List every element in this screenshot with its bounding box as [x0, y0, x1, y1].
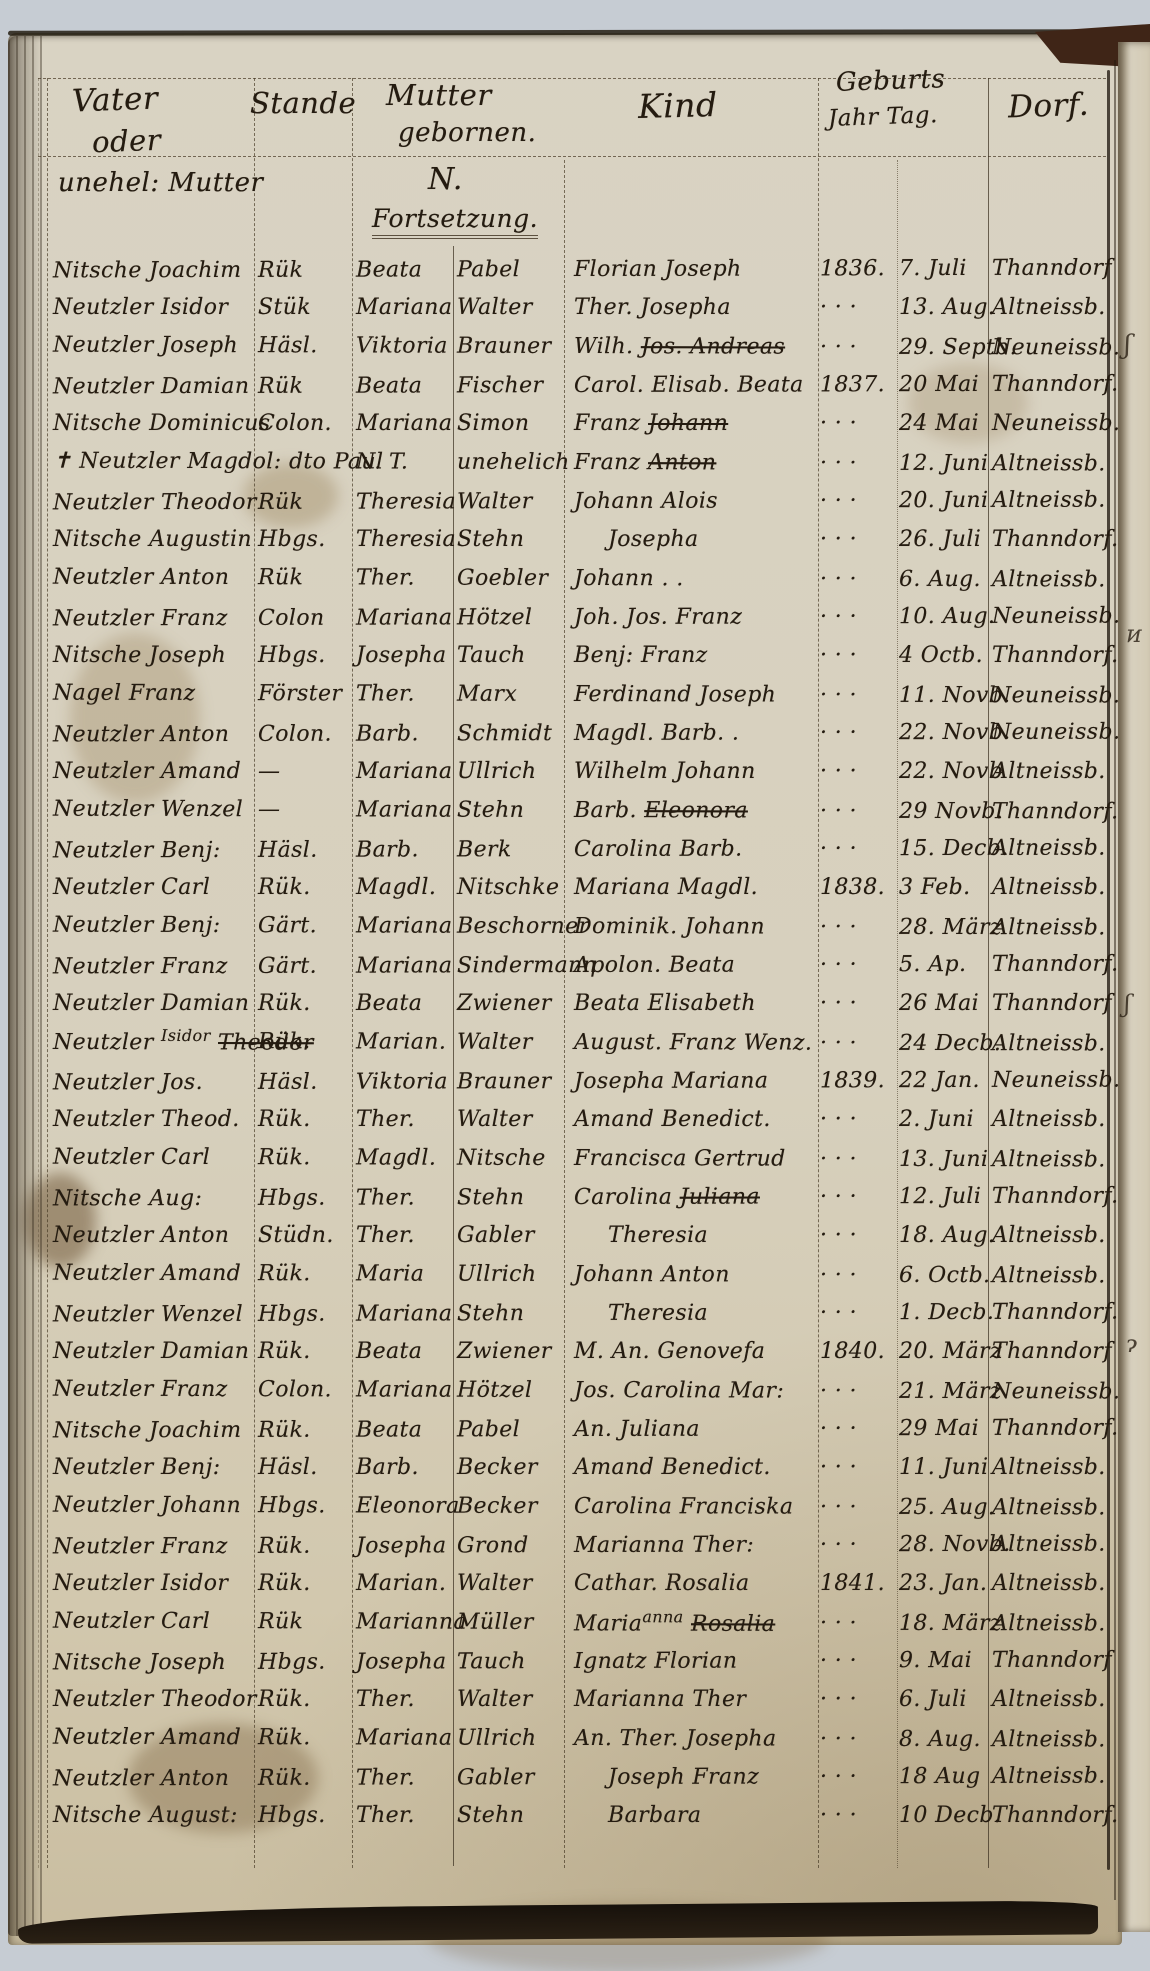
stand-cell: Colon	[254, 607, 352, 629]
mother-cell: Viktoria	[352, 335, 453, 357]
day-cell: 20. März	[897, 1341, 988, 1363]
year-cell: · · ·	[818, 684, 897, 706]
nee-cell: Walter	[453, 297, 564, 319]
village-cell: Neuneissb.	[988, 1069, 1108, 1091]
child-cell: Ther. Josepha	[564, 297, 818, 319]
book-spine-edge	[8, 36, 42, 1936]
father-cell: Neutzler Isidor	[45, 1573, 254, 1595]
father-cell: Neutzler Carl	[45, 877, 254, 899]
header-father-line3: unehel: Mutter	[58, 168, 263, 198]
child-cell: An. Ther. Josepha	[564, 1728, 818, 1751]
day-cell: 12. Juni	[897, 453, 988, 475]
village-cell: Neuneissb.	[988, 721, 1108, 743]
day-cell: 20. Juni	[897, 489, 988, 511]
nee-cell: Schmidt	[453, 722, 564, 744]
village-cell: Thanndorf	[988, 1649, 1108, 1671]
nee-cell: Simon	[453, 413, 564, 435]
day-cell: 18. Aug.	[897, 1225, 988, 1247]
year-cell: · · ·	[818, 838, 897, 860]
child-cell: Johann Anton	[564, 1264, 818, 1287]
stand-cell: Rük.	[254, 1109, 352, 1131]
day-cell: 15. Decb.	[897, 837, 988, 859]
stand-cell: Rük	[254, 259, 352, 281]
next-page-text-fragment: ɂ	[1126, 1330, 1137, 1358]
mother-cell: Ther.	[352, 1805, 453, 1827]
day-cell: 2. Juni	[897, 1109, 988, 1131]
next-page-text-fragment: ᴎ	[1126, 620, 1142, 648]
child-cell: Carolina Franciska	[564, 1496, 818, 1519]
mother-cell: Ther.	[352, 1225, 453, 1247]
year-cell: 1839.	[818, 1070, 897, 1092]
year-cell: · · ·	[818, 1264, 897, 1286]
child-cell: Beata Elisabeth	[564, 993, 818, 1015]
father-cell: Neutzler Franz	[45, 955, 254, 978]
child-cell: Carolina Barb.	[564, 838, 818, 861]
stand-cell: Häsl.	[254, 1457, 352, 1479]
child-cell: Cathar. Rosalia	[564, 1573, 818, 1595]
day-cell: 24 Decb.	[897, 1033, 988, 1055]
nee-cell: Stehn	[453, 1186, 564, 1208]
child-cell: Joseph Franz	[564, 1766, 818, 1789]
day-cell: 29 Novb.	[897, 801, 988, 823]
register-row: Neutzler CarlRük.Magdl.NitscheFrancisca …	[45, 1138, 1108, 1180]
header-birth-line2: Jahr Tag.	[828, 102, 939, 132]
village-cell: Altneissb.	[988, 1497, 1108, 1519]
stand-cell: Colon.	[254, 1379, 352, 1401]
child-cell: Benj: Franz	[564, 645, 818, 667]
next-page-text-fragment: ʃ	[1124, 990, 1131, 1018]
stand-cell: Rük.	[254, 877, 352, 899]
father-cell: Neutzler Benj:	[45, 914, 254, 937]
day-cell: 22. Novb.	[897, 721, 988, 743]
register-row: Nitsche DominicusColon.MarianaSimonFranz…	[45, 405, 1108, 444]
father-cell: Neutzler Amand	[45, 1262, 254, 1285]
stand-cell: Rük	[254, 1611, 352, 1633]
nee-cell: Zwiener	[453, 993, 564, 1015]
nee-cell: Walter	[453, 1573, 564, 1595]
village-cell: Altneissb.	[988, 1225, 1108, 1247]
mother-cell: N. T.	[352, 451, 453, 473]
register-row: Neutzler AntonRük.Ther.GablerJoseph Fran…	[45, 1756, 1108, 1798]
child-cell: Theresia	[564, 1225, 818, 1247]
nee-cell: Nitschke	[453, 877, 564, 899]
register-row: Nitsche JosephHbgs.JosephaTauchBenj: Fra…	[45, 637, 1108, 676]
stand-cell: Hbgs.	[254, 529, 352, 551]
year-cell: · · ·	[818, 1148, 897, 1170]
father-cell: Neutzler Damian	[45, 1341, 254, 1363]
mother-cell: Barb.	[352, 723, 453, 745]
year-cell: · · ·	[818, 413, 897, 435]
register-row: Neutzler Theod.Rük.Ther.WalterAmand Bene…	[45, 1101, 1108, 1140]
register-row: Neutzler FranzRük.JosephaGrondMarianna T…	[45, 1524, 1108, 1566]
header-continuation-n: N.	[428, 162, 463, 197]
mother-cell: Beata	[352, 993, 453, 1015]
year-cell: · · ·	[818, 1380, 897, 1402]
mother-cell: Ther.	[352, 1109, 453, 1131]
year-cell: · · ·	[818, 490, 897, 512]
header-mother-line1: Mutter	[386, 78, 492, 112]
village-cell: Thanndorf.	[988, 529, 1108, 551]
register-row: Neutzler FranzColon.MarianaHötzelJos. Ca…	[45, 1370, 1108, 1412]
nee-cell: Stehn	[453, 529, 564, 551]
father-cell: Nitsche Joseph	[45, 1651, 254, 1674]
child-cell: Marianna Ther:	[564, 1534, 818, 1557]
mother-cell: Beata	[352, 1419, 453, 1441]
stand-cell: Hbgs.	[254, 1187, 352, 1209]
mother-cell: Marianna	[352, 1611, 453, 1633]
father-cell: Nitsche August:	[45, 1805, 254, 1827]
father-cell: Neutzler Franz	[45, 607, 254, 630]
nee-cell: Walter	[453, 490, 564, 512]
nee-cell: Walter	[453, 1689, 564, 1711]
mother-cell: Ther.	[352, 1187, 453, 1209]
father-cell: Neutzler Isidor	[45, 297, 254, 319]
child-cell: Mariaanna Rosalia	[564, 1609, 818, 1636]
child-cell: Josepha Mariana	[564, 1070, 818, 1093]
year-cell: 1837.	[818, 374, 897, 396]
stand-cell: Rük	[254, 375, 352, 397]
day-cell: 7. Juli	[897, 257, 988, 279]
mother-cell: Barb.	[352, 1457, 453, 1479]
header-village: Dorf.	[1007, 87, 1089, 126]
nee-cell: Ullrich	[453, 1727, 564, 1749]
child-cell: Franz Johann	[564, 413, 818, 435]
nee-cell: Gabler	[453, 1766, 564, 1788]
register-row: Neutzler Amand—MarianaUllrichWilhelm Joh…	[45, 753, 1108, 792]
mother-cell: Ther.	[352, 1767, 453, 1789]
header-child: Kind	[638, 85, 719, 126]
child-cell: Dominik. Johann	[564, 916, 818, 939]
child-cell: Amand Benedict.	[564, 1457, 818, 1479]
village-cell: Altneissb.	[988, 1729, 1108, 1751]
year-cell: · · ·	[818, 1533, 897, 1555]
stand-cell: Rük.	[254, 1573, 352, 1595]
stand-cell: Rük.	[254, 1031, 352, 1053]
register-row: Nitsche August:Hbgs.Ther.StehnBarbara· ·…	[45, 1796, 1108, 1835]
header-stand: Stande	[250, 86, 356, 120]
register-row: Neutzler FranzColonMarianaHötzelJoh. Jos…	[45, 597, 1108, 639]
father-cell: Neutzler Anton	[45, 1225, 254, 1247]
stand-cell: Rük.	[254, 1767, 352, 1789]
register-row: Neutzler DamianRük.BeataZwienerBeata Eli…	[45, 985, 1108, 1024]
nee-cell: Tauch	[453, 645, 564, 667]
register-row: Neutzler Benj:Häsl.Barb.BeckerAmand Bene…	[45, 1448, 1108, 1487]
father-cell: Neutzler Anton	[45, 566, 254, 589]
day-cell: 11. Novb.	[897, 685, 988, 707]
register-row: Neutzler Benj:Häsl.Barb.BerkCarolina Bar…	[45, 828, 1108, 870]
day-cell: 25. Aug.	[897, 1496, 988, 1518]
register-row: Neutzler IsidorRük.Marian.WalterCathar. …	[45, 1564, 1108, 1603]
child-cell: Carol. Elisab. Beata	[564, 374, 818, 397]
stand-cell: Rük.	[254, 1341, 352, 1363]
child-cell: Johann Alois	[564, 490, 818, 513]
stand-cell: Häsl.	[254, 839, 352, 861]
village-cell: Altneissb.	[988, 297, 1108, 319]
child-cell: Mariana Magdl.	[564, 877, 818, 899]
mother-cell: Mariana	[352, 607, 453, 629]
register-row: Neutzler IsidorStükMarianaWalterTher. Jo…	[45, 289, 1108, 328]
child-cell: Amand Benedict.	[564, 1109, 818, 1131]
day-cell: 22. Novb	[897, 761, 988, 783]
father-cell: Nagel Franz	[45, 682, 254, 705]
village-cell: Neuneissb.	[988, 413, 1108, 435]
day-cell: 28. Novb.	[897, 1533, 988, 1555]
village-cell: Neuneissb.	[988, 605, 1108, 627]
stand-cell: Gärt.	[254, 955, 352, 977]
village-cell: Neuneissb.	[988, 1381, 1108, 1403]
year-cell: 1836.	[818, 258, 897, 280]
register-row: Neutzler TheodorRük.Ther.WalterMarianna …	[45, 1680, 1108, 1719]
stand-cell: Colon.	[254, 723, 352, 745]
day-cell: 18 Aug	[897, 1765, 988, 1787]
day-cell: 23. Jan.	[897, 1573, 988, 1595]
table-top-rule	[38, 78, 1106, 79]
mother-cell: Ther.	[352, 567, 453, 589]
register-row: Nagel FranzFörsterTher.MarxFerdinand Jos…	[45, 674, 1108, 716]
next-page-sliver	[1118, 42, 1150, 1932]
nee-cell: Brauner	[453, 335, 564, 357]
column-divider	[38, 78, 39, 1868]
father-cell: Neutzler Theodor	[45, 1689, 254, 1711]
register-row: Neutzler Benj:Gärt.MarianaBeschornerDomi…	[45, 906, 1108, 948]
nee-cell: Stehn	[453, 799, 564, 821]
mother-cell: Magdl.	[352, 877, 453, 899]
day-cell: 24 Mai	[897, 413, 988, 435]
nee-cell: Beschorner	[453, 915, 564, 937]
year-cell: · · ·	[818, 297, 897, 319]
village-cell: Altneissb.	[988, 453, 1108, 475]
nee-cell: Fischer	[453, 375, 564, 397]
mother-cell: Beata	[352, 1341, 453, 1363]
father-cell: Neutzler Carl	[45, 1610, 254, 1633]
nee-cell: Goebler	[453, 567, 564, 589]
village-cell: Thanndorf.	[988, 801, 1108, 823]
day-cell: 9. Mai	[897, 1649, 988, 1671]
stand-cell: Häsl.	[254, 1071, 352, 1093]
father-cell: Neutzler Benj:	[45, 839, 254, 862]
village-cell: Thanndorf.	[988, 645, 1108, 667]
mother-cell: Mariana	[352, 761, 453, 783]
nee-cell: Brauner	[453, 1070, 564, 1092]
mother-cell: Josepha	[352, 1535, 453, 1557]
register-row: Nitsche Aug:Hbgs.Ther.StehnCarolina Juli…	[45, 1176, 1108, 1218]
village-cell: Thanndorf.	[988, 1301, 1108, 1323]
register-row: Neutzler FranzGärt.MarianaSindermannApol…	[45, 944, 1108, 986]
mother-cell: Mariana	[352, 297, 453, 319]
mother-cell: Mariana	[352, 413, 453, 435]
father-cell: Neutzler Anton	[45, 1767, 254, 1790]
stand-cell: —	[254, 761, 352, 783]
register-row: Neutzler DamianRükBeataFischerCarol. Eli…	[45, 365, 1108, 407]
nee-cell: Stehn	[453, 1805, 564, 1827]
register-row: Nitsche JoachimRükBeataPabelFlorian Jose…	[45, 249, 1108, 291]
stand-cell: Gärt.	[254, 915, 352, 937]
year-cell: 1841.	[818, 1573, 897, 1595]
day-cell: 10. Aug.	[897, 605, 988, 627]
nee-cell: Gabler	[453, 1225, 564, 1247]
child-cell: Barbara	[564, 1805, 818, 1827]
village-cell: Thanndorf	[988, 257, 1108, 279]
year-cell: · · ·	[818, 1032, 897, 1054]
day-cell: 8. Aug.	[897, 1728, 988, 1750]
day-cell: 6. Juli	[897, 1689, 988, 1711]
village-cell: Altneissb.	[988, 837, 1108, 859]
stand-cell: Hbgs.	[254, 1651, 352, 1673]
village-cell: Altneissb.	[988, 1457, 1108, 1479]
mother-cell: Mariana	[352, 955, 453, 977]
day-cell: 18. März	[897, 1612, 988, 1634]
year-cell: · · ·	[818, 568, 897, 590]
mother-cell: Eleonora	[352, 1495, 453, 1517]
nee-cell: Grond	[453, 1534, 564, 1556]
register-row: Nitsche JoachimRük.BeataPabelAn. Juliana…	[45, 1408, 1108, 1450]
child-cell: Barb. Eleonora	[564, 800, 818, 823]
register-row: Neutzler AmandRük.MariaUllrichJohann Ant…	[45, 1254, 1108, 1296]
stand-cell: Häsl.	[254, 335, 352, 357]
header-father-line1: Vater	[71, 81, 158, 120]
father-cell: Neutzler Wenzel	[45, 798, 254, 821]
mother-cell: Marian.	[352, 1031, 453, 1053]
nee-cell: unehelich	[453, 451, 564, 473]
register-row: Neutzler Jos.Häsl.ViktoriaBraunerJosepha…	[45, 1060, 1108, 1102]
child-cell: Carolina Juliana	[564, 1186, 818, 1209]
nee-cell: Ullrich	[453, 1263, 564, 1285]
village-cell: Neuneissb.	[988, 337, 1108, 359]
mother-cell: Beata	[352, 375, 453, 397]
village-cell: Altneissb.	[988, 1613, 1108, 1635]
year-cell: · · ·	[818, 606, 897, 628]
mother-cell: Ther.	[352, 1689, 453, 1711]
father-cell: Neutzler Theodor	[45, 491, 254, 514]
village-cell: Thanndorf	[988, 1341, 1108, 1363]
day-cell: 11. Juni	[897, 1457, 988, 1479]
year-cell: · · ·	[818, 1765, 897, 1787]
village-cell: Altneissb.	[988, 1533, 1108, 1555]
day-cell: 1. Decb.	[897, 1301, 988, 1323]
mother-cell: Mariana	[352, 1303, 453, 1325]
stand-cell: Stük	[254, 297, 352, 319]
day-cell: 4 Octb.	[897, 645, 988, 667]
village-cell: Thanndorf.	[988, 1417, 1108, 1439]
nee-cell: Stehn	[453, 1302, 564, 1324]
mother-cell: Theresia	[352, 529, 453, 551]
father-cell: Neutzler Damian	[45, 375, 254, 398]
father-cell: Neutzler Franz	[45, 1378, 254, 1401]
day-cell: 22 Jan.	[897, 1069, 988, 1091]
year-cell: · · ·	[818, 1185, 897, 1207]
day-cell: 21. März	[897, 1380, 988, 1402]
village-cell: Altneissb.	[988, 917, 1108, 939]
year-cell: · · ·	[818, 722, 897, 744]
child-cell: Wilh. Jos. Andreas	[564, 336, 818, 359]
day-cell: 29. Septb.	[897, 337, 988, 359]
father-cell: Neutzler Franz	[45, 1535, 254, 1558]
father-cell: Neutzler Wenzel	[45, 1303, 254, 1326]
day-cell: 29 Mai	[897, 1417, 988, 1439]
village-cell: Altneissb.	[988, 1265, 1108, 1287]
village-cell: Altneissb.	[988, 877, 1108, 899]
mother-cell: Josepha	[352, 1651, 453, 1673]
mother-cell: Josepha	[352, 645, 453, 667]
stand-cell: Stüdn.	[254, 1225, 352, 1247]
child-cell: Johann . .	[564, 568, 818, 591]
day-cell: 10 Decb.	[897, 1805, 988, 1827]
child-cell: Francisca Gertrud	[564, 1148, 818, 1171]
village-cell: Altneissb.	[988, 1765, 1108, 1787]
year-cell: 1840.	[818, 1341, 897, 1363]
father-cell: Neutzler Anton	[45, 723, 254, 746]
village-cell: Altneissb.	[988, 1149, 1108, 1171]
village-cell: Altneissb.	[988, 1109, 1108, 1131]
register-row: Neutzler AntonRükTher.GoeblerJohann . .·…	[45, 558, 1108, 600]
year-cell: · · ·	[818, 761, 897, 783]
father-cell: Nitsche Dominicus	[45, 413, 254, 435]
mother-cell: Beata	[352, 259, 453, 281]
day-cell: 12. Juli	[897, 1185, 988, 1207]
mother-cell: Mariana	[352, 799, 453, 821]
stand-cell: Hbgs.	[254, 1805, 352, 1827]
child-cell: An. Juliana	[564, 1418, 818, 1441]
year-cell: · · ·	[818, 1496, 897, 1518]
stand-cell: Hbgs.	[254, 645, 352, 667]
register-row: Nitsche JosephHbgs.JosephaTauchIgnatz Fl…	[45, 1640, 1108, 1682]
mother-cell: Marian.	[352, 1573, 453, 1595]
nee-cell: Sindermann	[453, 954, 564, 976]
mother-cell: Mariana	[352, 1379, 453, 1401]
child-cell: Florian Joseph	[564, 258, 818, 281]
child-cell: Theresia	[564, 1302, 818, 1325]
day-cell: 26 Mai	[897, 993, 988, 1015]
child-cell: Franz Anton	[564, 452, 818, 475]
stand-cell: Rük.	[254, 1535, 352, 1557]
year-cell: · · ·	[818, 1728, 897, 1750]
year-cell: · · ·	[818, 1301, 897, 1323]
day-cell: 13. Aug.	[897, 297, 988, 319]
year-cell: 1838.	[818, 877, 897, 899]
stand-cell: Rük.	[254, 1727, 352, 1749]
register-row: Neutzler DamianRük.BeataZwienerM. An. Ge…	[45, 1332, 1108, 1371]
father-cell: Neutzler Carl	[45, 1146, 254, 1169]
register-row: Neutzler AmandRük.MarianaUllrichAn. Ther…	[45, 1718, 1108, 1760]
year-cell: · · ·	[818, 1457, 897, 1479]
village-cell: Thanndorf.	[988, 953, 1108, 975]
father-cell: Neutzler Joseph	[45, 334, 254, 357]
year-cell: · · ·	[818, 1417, 897, 1439]
nee-cell: Walter	[453, 1109, 564, 1131]
register-row: Nitsche AugustinHbgs.TheresiaStehnJoseph…	[45, 521, 1108, 560]
year-cell: · · ·	[818, 1649, 897, 1671]
father-cell: ✝ Neutzler Magdol: dto Paul	[45, 450, 254, 473]
father-cell: Neutzler Amand	[45, 1726, 254, 1749]
register-row: Neutzler JosephHäsl.ViktoriaBraunerWilh.…	[45, 326, 1108, 368]
header-divider-rule	[38, 156, 1106, 157]
village-cell: Thanndorf.	[988, 1805, 1108, 1827]
village-cell: Altneissb.	[988, 1033, 1108, 1055]
village-cell: Thanndorf.	[988, 1185, 1108, 1207]
year-cell: · · ·	[818, 916, 897, 938]
stand-cell: Rük	[254, 567, 352, 589]
day-cell: 6. Octb.	[897, 1264, 988, 1286]
year-cell: · · ·	[818, 954, 897, 976]
nee-cell: Walter	[453, 1031, 564, 1053]
mother-cell: Magdl.	[352, 1147, 453, 1169]
mother-cell: Mariana	[352, 915, 453, 937]
child-cell: Ferdinand Joseph	[564, 684, 818, 707]
stand-cell: Hbgs.	[254, 1303, 352, 1325]
nee-cell: Hötzel	[453, 606, 564, 628]
stand-cell: Rük.	[254, 1689, 352, 1711]
day-cell: 13. Juni	[897, 1149, 988, 1171]
